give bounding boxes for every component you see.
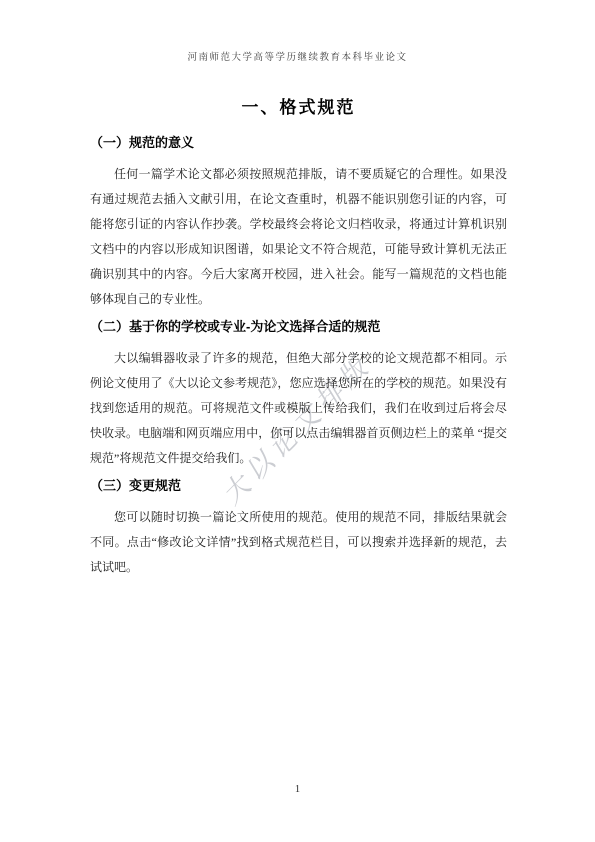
section-paragraph-1: 任何一篇学术论文都必须按照规范排版，请不要质疑它的合理性。如果没有通过规范去插入… [90,162,507,312]
section-paragraph-3: 您可以随时切换一篇论文所使用的规范。使用的规范不同，排版结果就会不同。点击“修改… [90,505,507,580]
section-heading-3: （三）变更规范 [90,477,507,495]
document-page: 河南师范大学高等学历继续教育本科毕业论文 大以论文排版 一、格式规范 （一）规范… [0,0,595,842]
section-paragraph-2: 大以编辑器收录了许多的规范，但绝大部分学校的论文规范都不相同。示例论文使用了《大… [90,346,507,471]
page-title: 一、格式规范 [90,96,507,120]
page-number: 1 [0,784,595,795]
section-heading-1: （一）规范的意义 [90,134,507,152]
running-header: 河南师范大学高等学历继续教育本科毕业论文 [0,49,595,63]
page-content: 一、格式规范 （一）规范的意义 任何一篇学术论文都必须按照规范排版，请不要质疑它… [90,96,507,580]
section-heading-2: （二）基于你的学校或专业-为论文选择合适的规范 [90,318,507,336]
